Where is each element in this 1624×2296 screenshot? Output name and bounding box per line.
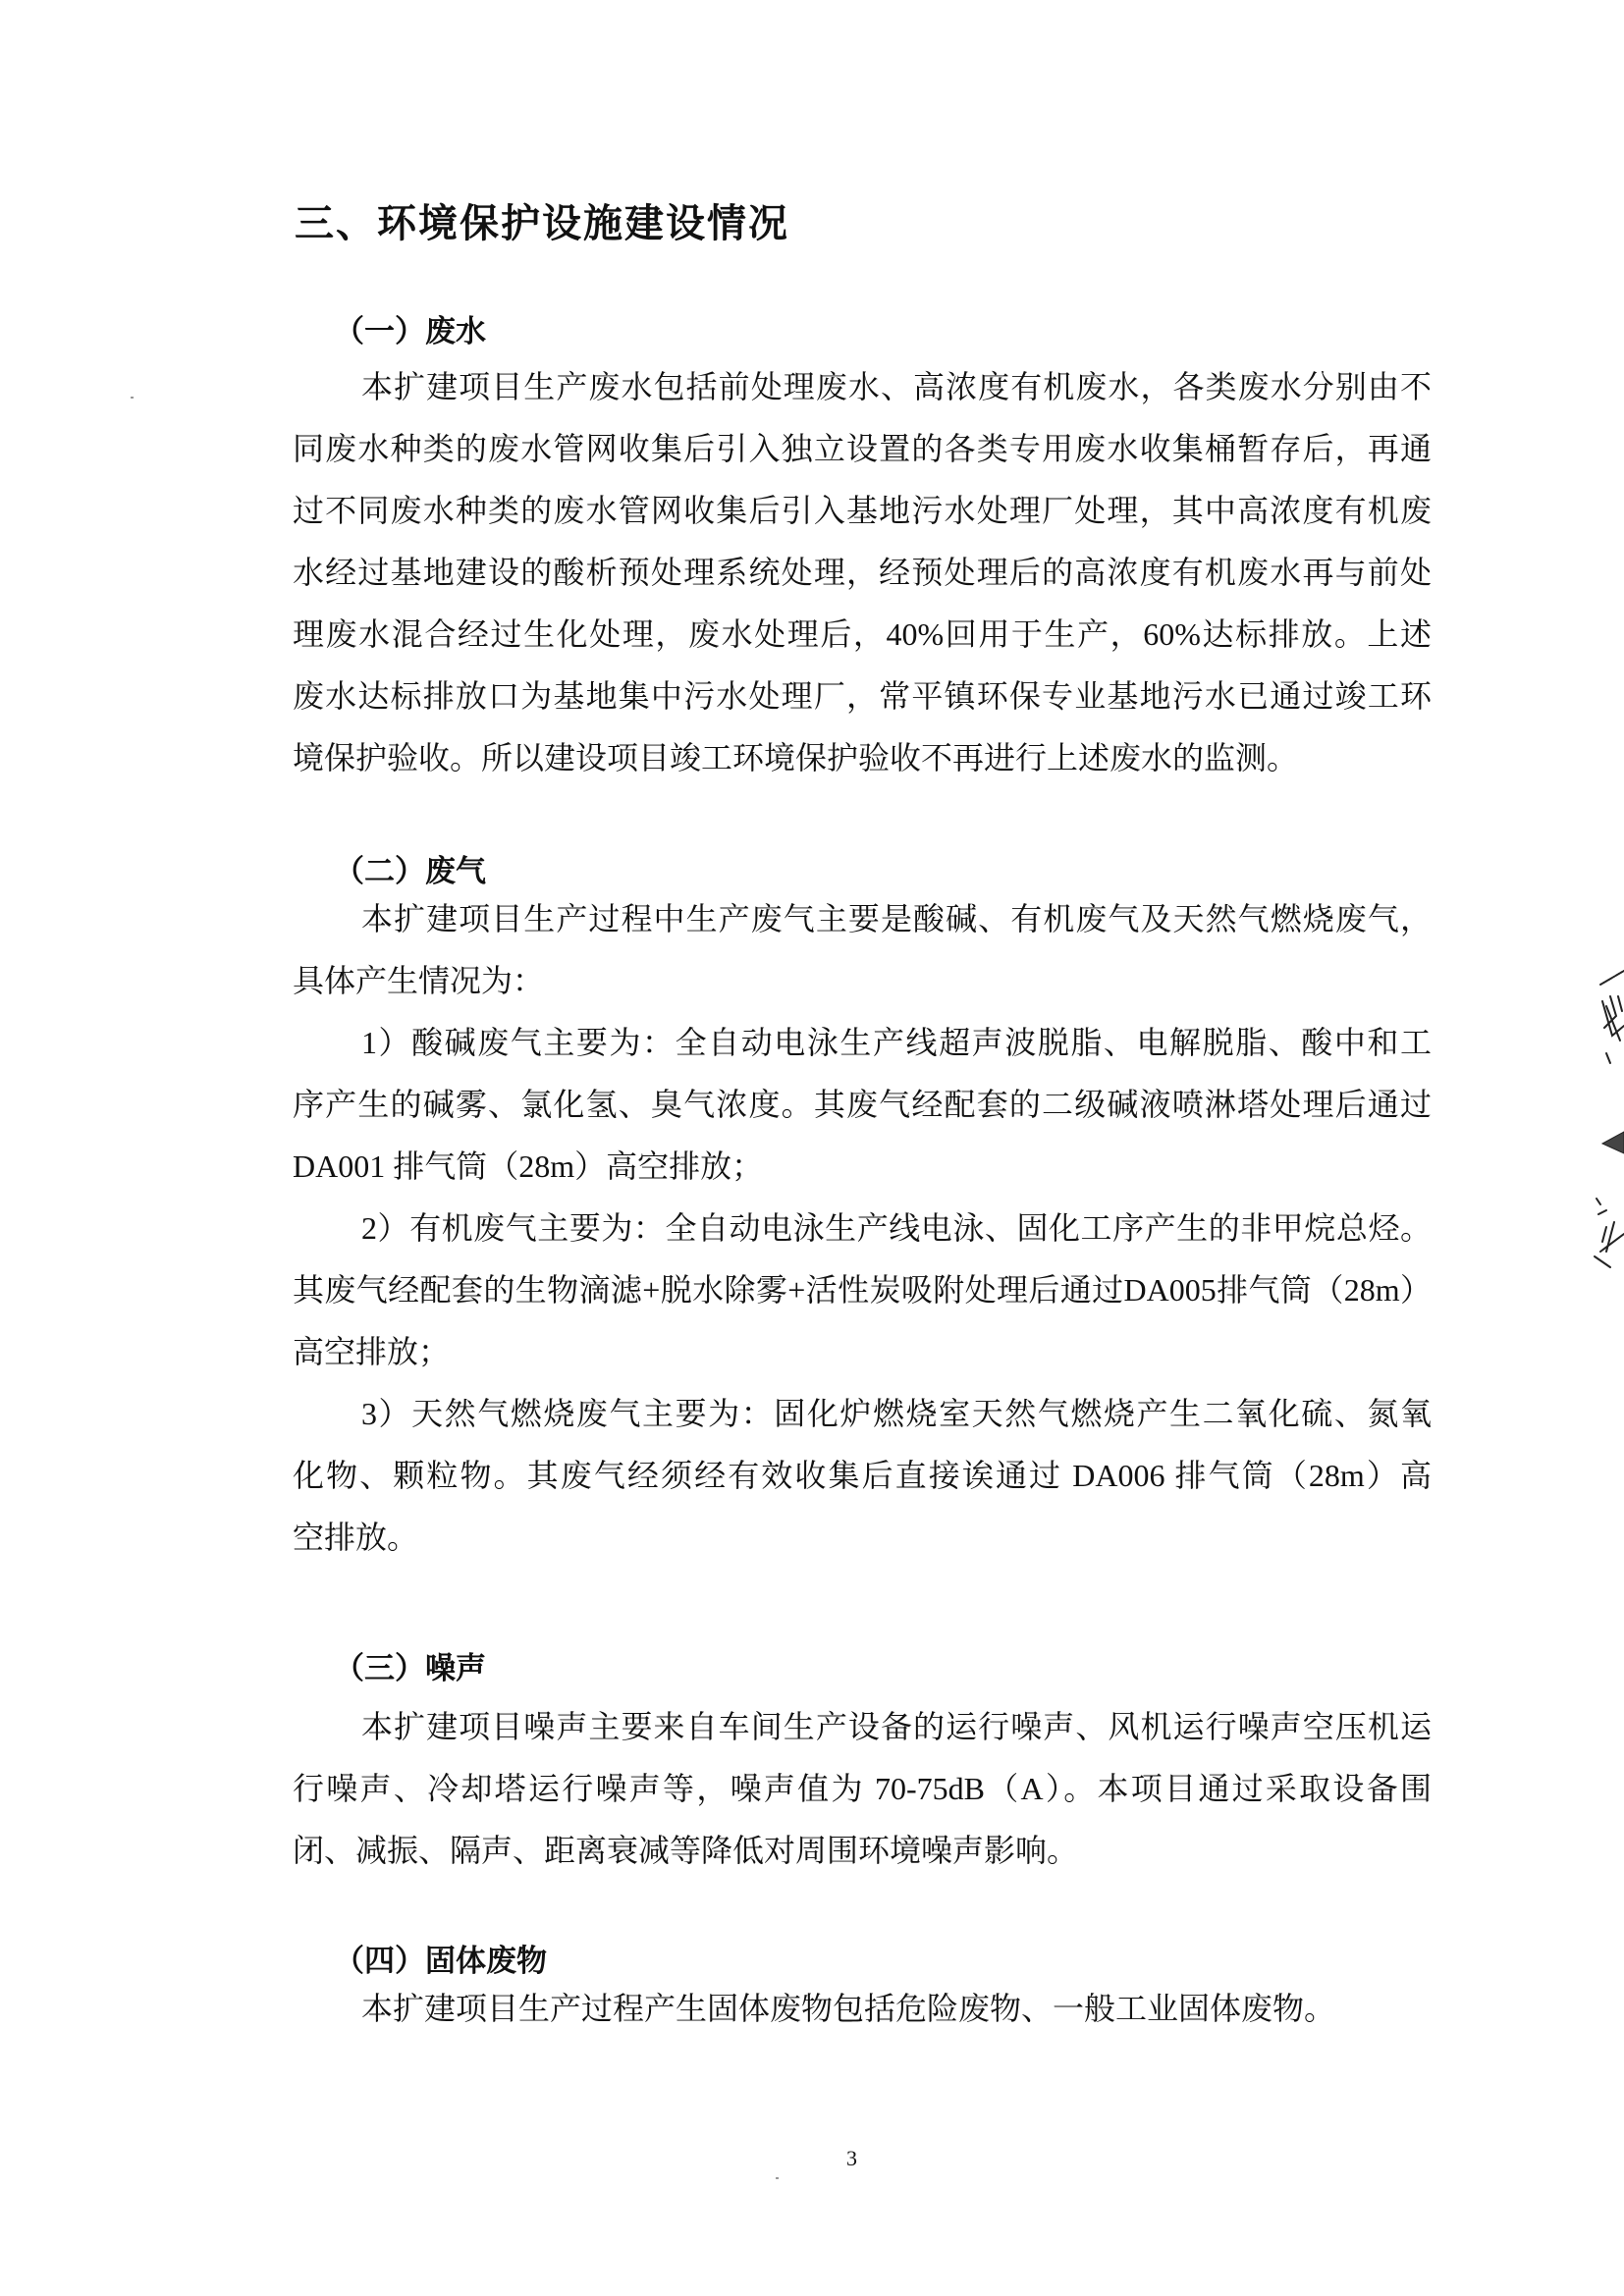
paragraph-line: 空排放。 [293,1518,1432,1557]
paragraph-line: DA001 排气筒（28m）高空排放； [293,1147,1432,1186]
heading-exhaust-gas: （二）废气 [334,846,486,890]
paragraph-line: 化物、颗粒物。其废气经须经有效收集后直接诶通过 DA006 排气筒（28m）高 [293,1456,1432,1495]
document-page: 三、环境保护设施建设情况 （一）废水 本扩建项目生产废水包括前处理废水、高浓度有… [0,0,1624,2296]
scan-speck [131,397,134,399]
section-title: 三、环境保护设施建设情况 [295,192,789,248]
paragraph-line: 3）天然气燃烧废气主要为：固化炉燃烧室天然气燃烧产生二氧化硫、氮氧 [361,1394,1432,1433]
paragraph-line: 1）酸碱废气主要为：全自动电泳生产线超声波脱脂、电解脱脂、酸中和工 [361,1023,1432,1062]
paragraph-line: 本扩建项目噪声主要来自车间生产设备的运行噪声、风机运行噪声空压机运 [361,1707,1432,1746]
paragraph-line: 行噪声、冷却塔运行噪声等，噪声值为 70-75dB（A）。本项目通过采取设备围 [293,1769,1432,1808]
paragraph-line: 理废水混合经过生化处理，废水处理后，40%回用于生产，60%达标排放。上述 [293,614,1432,654]
paragraph-line: 具体产生情况为： [293,961,1432,1000]
heading-solid-waste: （四）固体废物 [334,1936,547,1980]
paragraph-line: 本扩建项目生产过程产生固体废物包括危险废物、一般工业固体废物。 [361,1989,1432,2028]
paragraph-line: 同废水种类的废水管网收集后引入独立设置的各类专用废水收集桶暂存后，再通 [293,429,1432,468]
paragraph-line: 闭、减振、隔声、距离衰减等降低对周围环境噪声影响。 [293,1831,1432,1870]
paragraph-line: 其废气经配套的生物滴滤+脱水除雾+活性炭吸附处理后通过DA005排气筒（28m） [293,1270,1432,1309]
paragraph-line: 高空排放； [293,1332,1432,1371]
paragraph-line: 境保护验收。所以建设项目竣工环境保护验收不再进行上述废水的监测。 [293,738,1432,777]
paragraph-line: 2）有机废气主要为：全自动电泳生产线电泳、固化工序产生的非甲烷总烃。 [361,1208,1432,1248]
scan-speck [776,2177,779,2179]
heading-noise: （三）噪声 [334,1643,486,1687]
paragraph-line: 本扩建项目生产过程中生产废气主要是酸碱、有机废气及天然气燃烧废气， [361,899,1432,938]
paragraph-line: 水经过基地建设的酸析预处理系统处理，经预处理后的高浓度有机废水再与前处 [293,553,1432,592]
paragraph-line: 序产生的碱雾、氯化氢、臭气浓度。其废气经配套的二级碱液喷淋塔处理后通过 [293,1085,1432,1124]
heading-wastewater: （一）废水 [334,306,486,350]
page-number: 3 [846,2146,857,2171]
paragraph-line: 过不同废水种类的废水管网收集后引入基地污水处理厂处理，其中高浓度有机废 [293,491,1432,530]
paragraph-line: 本扩建项目生产废水包括前处理废水、高浓度有机废水，各类废水分别由不 [361,367,1432,406]
seal-stamp-icon [1581,957,1624,1271]
paragraph-line: 废水达标排放口为基地集中污水处理厂，常平镇环保专业基地污水已通过竣工环 [293,676,1432,716]
